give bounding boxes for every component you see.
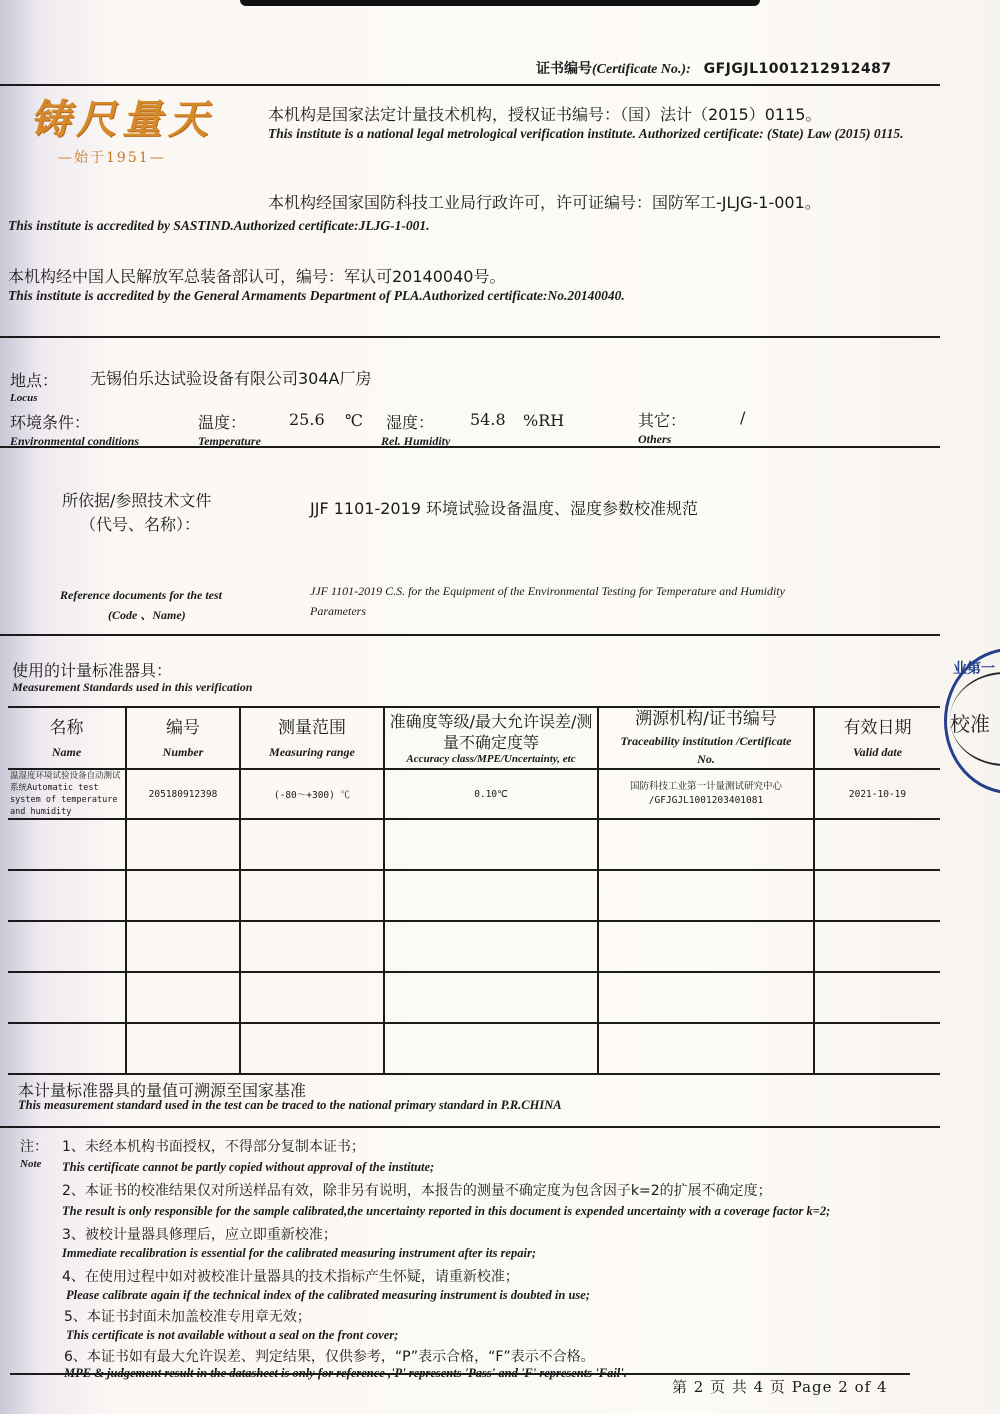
logo-title: 铸尺量天: [30, 88, 250, 145]
seal-mid-text: 校准: [950, 708, 990, 737]
note-4-cn: 4、在使用过程中如对被校准计量器具的技术指标产生怀疑，请重新校准；: [62, 1266, 519, 1286]
table-row: 温湿度环境试验设备自动测试系统Automatic test system of …: [8, 769, 940, 819]
column-header-number: 编号Number: [126, 707, 240, 769]
institute-line3-en: This institute is accredited by the Gene…: [8, 288, 625, 304]
table-header-row: 名称Name 编号Number 测量范围Measuring range 准确度等…: [8, 707, 940, 769]
cell-traceability: 国防科技工业第一计量测试研究中心 /GFJGJL1001203401081: [598, 769, 814, 819]
others-label: 其它：: [638, 408, 686, 431]
notes-label-en: Note: [20, 1158, 41, 1170]
note-1-cn: 1、未经本机构书面授权，不得部分复制本证书；: [62, 1136, 365, 1156]
note-2-cn: 2、本证书的校准结果仅对所送样品有效，除非另有说明，本报告的测量不确定度为包含因…: [62, 1180, 772, 1200]
institute-line1-en: This institute is a national legal metro…: [268, 124, 918, 143]
notes-label: 注：: [20, 1136, 48, 1156]
others-value: /: [740, 408, 745, 427]
institute-line1-cn: 本机构是国家法定计量技术机构，授权证书编号：（国）法计（2015）0115。: [268, 102, 821, 125]
certificate-number-label: 证书编号(Certificate No.):: [536, 61, 691, 77]
reference-label-2: （代号、名称）：: [80, 512, 200, 535]
certificate-number: 证书编号(Certificate No.): GFJGJL10012129124…: [536, 58, 892, 78]
note-5-cn: 5、本证书封面未加盖校准专用章无效；: [64, 1306, 311, 1326]
cell-number: 205180912398: [126, 769, 240, 819]
logo-subtitle: —始于1951—: [58, 147, 250, 167]
location-value: 无锡伯乐达试验设备有限公司304A厂房: [90, 366, 372, 389]
seal-top-text: 业第一: [953, 658, 995, 678]
table-row-empty: [8, 921, 940, 972]
reference-value-en-1: JJF 1101-2019 C.S. for the Equipment of …: [310, 584, 785, 599]
standards-title: 使用的计量标准器具：: [12, 658, 172, 681]
note-6-cn: 6、本证书如有最大允许误差、判定结果，仅供参考，“P”表示合格，“F”表示不合格…: [64, 1346, 595, 1366]
temperature-label: 温度：: [198, 410, 246, 433]
column-header-range: 测量范围Measuring range: [240, 707, 384, 769]
divider: [10, 1373, 910, 1375]
reference-value-en-2: Parameters: [310, 604, 366, 619]
photo-edge-shadow: [240, 0, 760, 6]
temperature-value: 25.6: [289, 410, 325, 429]
table-row-empty: [8, 870, 940, 921]
table-row-empty: [8, 819, 940, 870]
temperature-unit: ℃: [345, 411, 363, 430]
note-3-en: Immediate recalibration is essential for…: [62, 1246, 536, 1261]
humidity-unit: %RH: [523, 411, 564, 430]
standards-table: 名称Name 编号Number 测量范围Measuring range 准确度等…: [8, 706, 940, 1075]
cell-accuracy: 0.10℃: [384, 769, 598, 819]
table-row-empty: [8, 972, 940, 1023]
standards-title-en: Measurement Standards used in this verif…: [12, 680, 252, 695]
humidity-label: 湿度：: [386, 410, 434, 433]
logo: 铸尺量天 —始于1951—: [30, 88, 250, 167]
column-header-name: 名称Name: [8, 707, 126, 769]
institute-line3-cn: 本机构经中国人民解放军总装备部认可，编号：军认可20140040号。: [8, 264, 505, 287]
note-1-en: This certificate cannot be partly copied…: [62, 1160, 434, 1175]
reference-label-1: 所依据/参照技术文件: [62, 488, 211, 511]
reference-value-cn: JJF 1101-2019 环境试验设备温度、湿度参数校准规范: [310, 496, 698, 519]
divider: [0, 446, 940, 448]
note-2-en: The result is only responsible for the s…: [62, 1204, 830, 1219]
divider: [0, 336, 940, 338]
cell-name: 温湿度环境试验设备自动测试系统Automatic test system of …: [8, 769, 126, 819]
reference-label-en-2: (Code 、Name): [108, 606, 186, 623]
column-header-valid-date: 有效日期Valid date: [814, 707, 940, 769]
institute-line2-cn: 本机构经国家国防科技工业局行政许可，许可证编号：国防军工-JLJG-1-001。: [268, 190, 821, 213]
humidity-value: 54.8: [470, 410, 506, 429]
location-label-en: Locus: [10, 392, 38, 404]
column-header-accuracy: 准确度等级/最大允许误差/测量不确定度等Accuracy class/MPE/U…: [384, 707, 598, 769]
page-indicator: 第 2 页 共 4 页 Page 2 of 4: [672, 1376, 888, 1397]
traceability-note-en: This measurement standard used in the te…: [18, 1098, 562, 1113]
environment-label: 环境条件：: [10, 410, 90, 433]
certificate-number-value: GFJGJL1001212912487: [704, 61, 892, 77]
divider: [0, 634, 940, 636]
cell-range: (-80～+300) ℃: [240, 769, 384, 819]
institute-line2-en: This institute is accredited by SASTIND.…: [8, 218, 430, 234]
divider: [0, 1126, 940, 1128]
note-3-cn: 3、被校计量器具修理后，应立即重新校准；: [62, 1224, 337, 1244]
column-header-traceability: 溯源机构/证书编号Traceability institution /Certi…: [598, 707, 814, 769]
table-row-empty: [8, 1023, 940, 1074]
reference-label-en-1: Reference documents for the test: [60, 588, 222, 603]
cell-valid-date: 2021-10-19: [814, 769, 940, 819]
divider: [0, 84, 940, 86]
location-label: 地点：: [10, 368, 58, 391]
note-4-en: Please calibrate again if the technical …: [66, 1288, 590, 1303]
others-label-en: Others: [638, 432, 671, 447]
note-5-en: This certificate is not available withou…: [66, 1328, 398, 1343]
